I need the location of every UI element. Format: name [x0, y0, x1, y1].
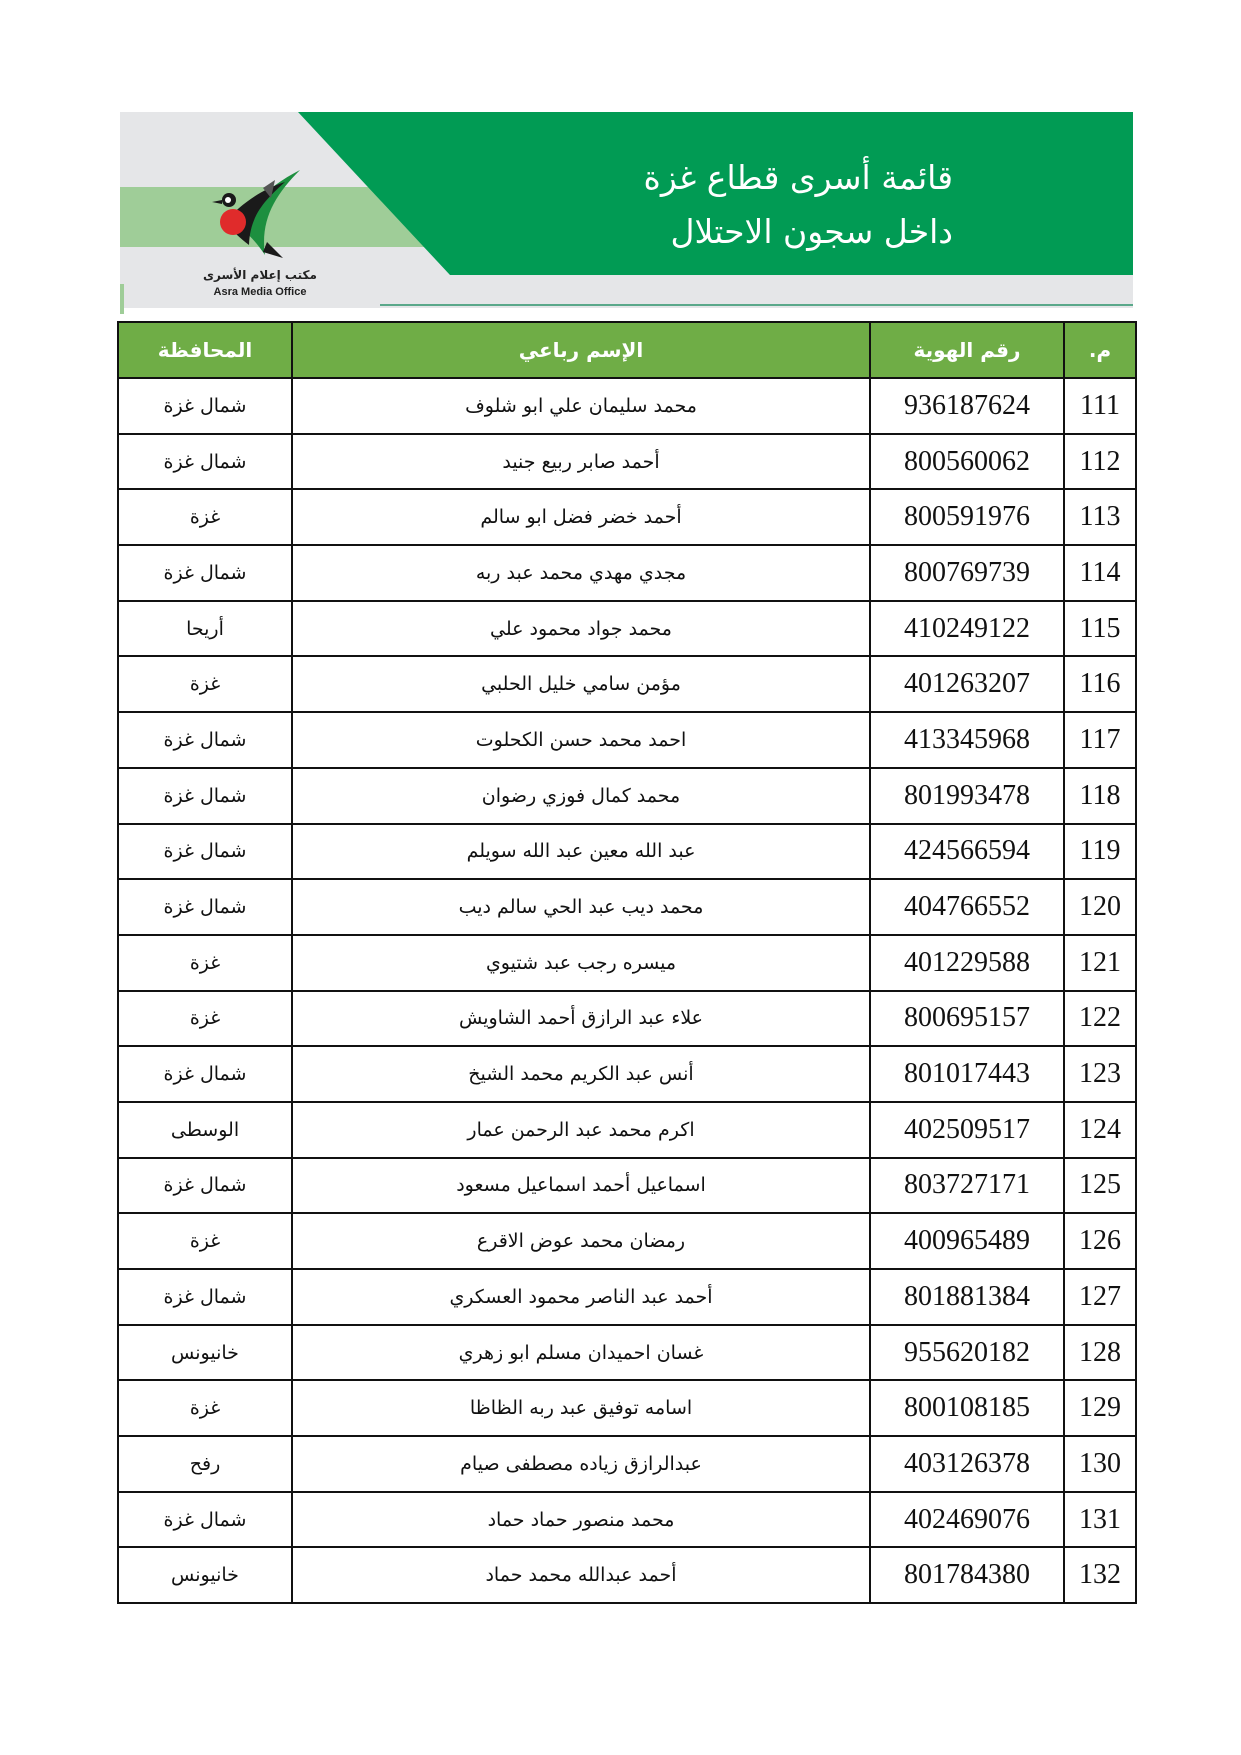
table-row: 111936187624محمد سليمان علي ابو شلوفشمال…: [118, 378, 1136, 434]
row-governorate: غزة: [118, 991, 292, 1047]
banner-divider: [380, 304, 1133, 306]
row-number: 111: [1064, 378, 1136, 434]
row-full-name: عبد الله معين عبد الله سويلم: [292, 824, 870, 880]
row-number: 118: [1064, 768, 1136, 824]
row-governorate: الوسطى: [118, 1102, 292, 1158]
table-row: 124402509517اكرم محمد عبد الرحمن عمارالو…: [118, 1102, 1136, 1158]
row-number: 117: [1064, 712, 1136, 768]
row-number: 121: [1064, 935, 1136, 991]
row-full-name: محمد كمال فوزي رضوان: [292, 768, 870, 824]
table-row: 116401263207مؤمن سامي خليل الحلبيغزة: [118, 656, 1136, 712]
row-id-number: 955620182: [870, 1325, 1064, 1381]
row-id-number: 401263207: [870, 656, 1064, 712]
row-governorate: شمال غزة: [118, 1492, 292, 1548]
row-governorate: غزة: [118, 656, 292, 712]
row-id-number: 404766552: [870, 879, 1064, 935]
table-row: 131402469076محمد منصور حماد حمادشمال غزة: [118, 1492, 1136, 1548]
table-row: 122800695157علاء عبد الرازق أحمد الشاويش…: [118, 991, 1136, 1047]
row-governorate: شمال غزة: [118, 1046, 292, 1102]
row-number: 124: [1064, 1102, 1136, 1158]
row-number: 122: [1064, 991, 1136, 1047]
table-row: 128955620182غسان احميدان مسلم ابو زهريخا…: [118, 1325, 1136, 1381]
row-full-name: مؤمن سامي خليل الحلبي: [292, 656, 870, 712]
row-governorate: رفح: [118, 1436, 292, 1492]
row-number: 113: [1064, 489, 1136, 545]
column-header-governorate: المحافظة: [118, 322, 292, 378]
row-id-number: 800591976: [870, 489, 1064, 545]
table-row: 127801881384أحمد عبد الناصر محمود العسكر…: [118, 1269, 1136, 1325]
row-governorate: غزة: [118, 1213, 292, 1269]
table-row: 115410249122محمد جواد محمود عليأريحا: [118, 601, 1136, 657]
row-id-number: 801784380: [870, 1547, 1064, 1603]
row-id-number: 402469076: [870, 1492, 1064, 1548]
row-full-name: أحمد عبد الناصر محمود العسكري: [292, 1269, 870, 1325]
row-number: 115: [1064, 601, 1136, 657]
row-id-number: 424566594: [870, 824, 1064, 880]
row-number: 127: [1064, 1269, 1136, 1325]
row-id-number: 801993478: [870, 768, 1064, 824]
row-full-name: علاء عبد الرازق أحمد الشاويش: [292, 991, 870, 1047]
column-header-id: رقم الهوية: [870, 322, 1064, 378]
column-header-name: الإسم رباعي: [292, 322, 870, 378]
row-governorate: شمال غزة: [118, 879, 292, 935]
row-full-name: أحمد خضر فضل ابو سالم: [292, 489, 870, 545]
row-governorate: شمال غزة: [118, 1269, 292, 1325]
page-title-line2: داخل سجون الاحتلال: [671, 212, 953, 251]
row-id-number: 400965489: [870, 1213, 1064, 1269]
table-row: 121401229588ميسره رجب عبد شتيويغزة: [118, 935, 1136, 991]
row-number: 130: [1064, 1436, 1136, 1492]
row-id-number: 410249122: [870, 601, 1064, 657]
row-number: 126: [1064, 1213, 1136, 1269]
row-governorate: غزة: [118, 489, 292, 545]
row-number: 132: [1064, 1547, 1136, 1603]
row-id-number: 801881384: [870, 1269, 1064, 1325]
row-full-name: مجدي مهدي محمد عبد ربه: [292, 545, 870, 601]
row-full-name: عبدالرازق زياده مصطفى صيام: [292, 1436, 870, 1492]
row-id-number: 401229588: [870, 935, 1064, 991]
row-full-name: رمضان محمد عوض الاقرع: [292, 1213, 870, 1269]
table-row: 114800769739مجدي مهدي محمد عبد ربهشمال غ…: [118, 545, 1136, 601]
row-full-name: احمد محمد حسن الكحلوت: [292, 712, 870, 768]
row-id-number: 800769739: [870, 545, 1064, 601]
row-full-name: محمد منصور حماد حماد: [292, 1492, 870, 1548]
row-id-number: 936187624: [870, 378, 1064, 434]
row-number: 116: [1064, 656, 1136, 712]
row-number: 120: [1064, 879, 1136, 935]
row-governorate: أريحا: [118, 601, 292, 657]
row-governorate: شمال غزة: [118, 545, 292, 601]
logo-name-arabic: مكتب إعلام الأسرى: [200, 268, 320, 282]
row-full-name: ميسره رجب عبد شتيوي: [292, 935, 870, 991]
row-full-name: محمد سليمان علي ابو شلوف: [292, 378, 870, 434]
banner-accent: [120, 284, 124, 314]
row-governorate: شمال غزة: [118, 768, 292, 824]
page-title-line1: قائمة أسرى قطاع غزة: [644, 158, 953, 197]
table-row: 126400965489رمضان محمد عوض الاقرعغزة: [118, 1213, 1136, 1269]
table-row: 130403126378عبدالرازق زياده مصطفى صيامرف…: [118, 1436, 1136, 1492]
row-id-number: 413345968: [870, 712, 1064, 768]
row-number: 119: [1064, 824, 1136, 880]
row-full-name: أحمد عبدالله محمد حماد: [292, 1547, 870, 1603]
row-id-number: 803727171: [870, 1158, 1064, 1214]
row-full-name: غسان احميدان مسلم ابو زهري: [292, 1325, 870, 1381]
row-full-name: اسامه توفيق عبد ربه الظاظا: [292, 1380, 870, 1436]
row-governorate: خانيونس: [118, 1547, 292, 1603]
row-id-number: 402509517: [870, 1102, 1064, 1158]
row-number: 128: [1064, 1325, 1136, 1381]
table-row: 123801017443أنس عبد الكريم محمد الشيخشما…: [118, 1046, 1136, 1102]
row-governorate: خانيونس: [118, 1325, 292, 1381]
row-governorate: شمال غزة: [118, 378, 292, 434]
row-governorate: شمال غزة: [118, 824, 292, 880]
row-id-number: 800695157: [870, 991, 1064, 1047]
row-number: 125: [1064, 1158, 1136, 1214]
row-full-name: محمد جواد محمود علي: [292, 601, 870, 657]
table-row: 112800560062أحمد صابر ربيع جنيدشمال غزة: [118, 434, 1136, 490]
row-governorate: شمال غزة: [118, 1158, 292, 1214]
table-row: 129800108185اسامه توفيق عبد ربه الظاظاغز…: [118, 1380, 1136, 1436]
table-row: 119424566594عبد الله معين عبد الله سويلم…: [118, 824, 1136, 880]
table-row: 117413345968احمد محمد حسن الكحلوتشمال غز…: [118, 712, 1136, 768]
row-number: 112: [1064, 434, 1136, 490]
row-full-name: أحمد صابر ربيع جنيد: [292, 434, 870, 490]
table-row: 120404766552محمد ديب عبد الحي سالم ديبشم…: [118, 879, 1136, 935]
logo-name-english: Asra Media Office: [200, 286, 320, 298]
bird-emblem-icon: [205, 160, 315, 270]
row-number: 131: [1064, 1492, 1136, 1548]
row-number: 129: [1064, 1380, 1136, 1436]
prisoners-table: م. رقم الهوية الإسم رباعي المحافظة 11193…: [117, 321, 1137, 1604]
row-full-name: محمد ديب عبد الحي سالم ديب: [292, 879, 870, 935]
row-full-name: اسماعيل أحمد اسماعيل مسعود: [292, 1158, 870, 1214]
row-id-number: 801017443: [870, 1046, 1064, 1102]
table-row: 113800591976أحمد خضر فضل ابو سالمغزة: [118, 489, 1136, 545]
row-full-name: اكرم محمد عبد الرحمن عمار: [292, 1102, 870, 1158]
row-number: 123: [1064, 1046, 1136, 1102]
row-id-number: 800560062: [870, 434, 1064, 490]
row-full-name: أنس عبد الكريم محمد الشيخ: [292, 1046, 870, 1102]
row-id-number: 800108185: [870, 1380, 1064, 1436]
row-governorate: شمال غزة: [118, 712, 292, 768]
row-number: 114: [1064, 545, 1136, 601]
row-governorate: شمال غزة: [118, 434, 292, 490]
table-row: 125803727171اسماعيل أحمد اسماعيل مسعودشم…: [118, 1158, 1136, 1214]
row-governorate: غزة: [118, 1380, 292, 1436]
table-row: 118801993478محمد كمال فوزي رضوانشمال غزة: [118, 768, 1136, 824]
column-header-number: م.: [1064, 322, 1136, 378]
row-governorate: غزة: [118, 935, 292, 991]
table-row: 132801784380أحمد عبدالله محمد حمادخانيون…: [118, 1547, 1136, 1603]
table-header-row: م. رقم الهوية الإسم رباعي المحافظة: [118, 322, 1136, 378]
row-id-number: 403126378: [870, 1436, 1064, 1492]
